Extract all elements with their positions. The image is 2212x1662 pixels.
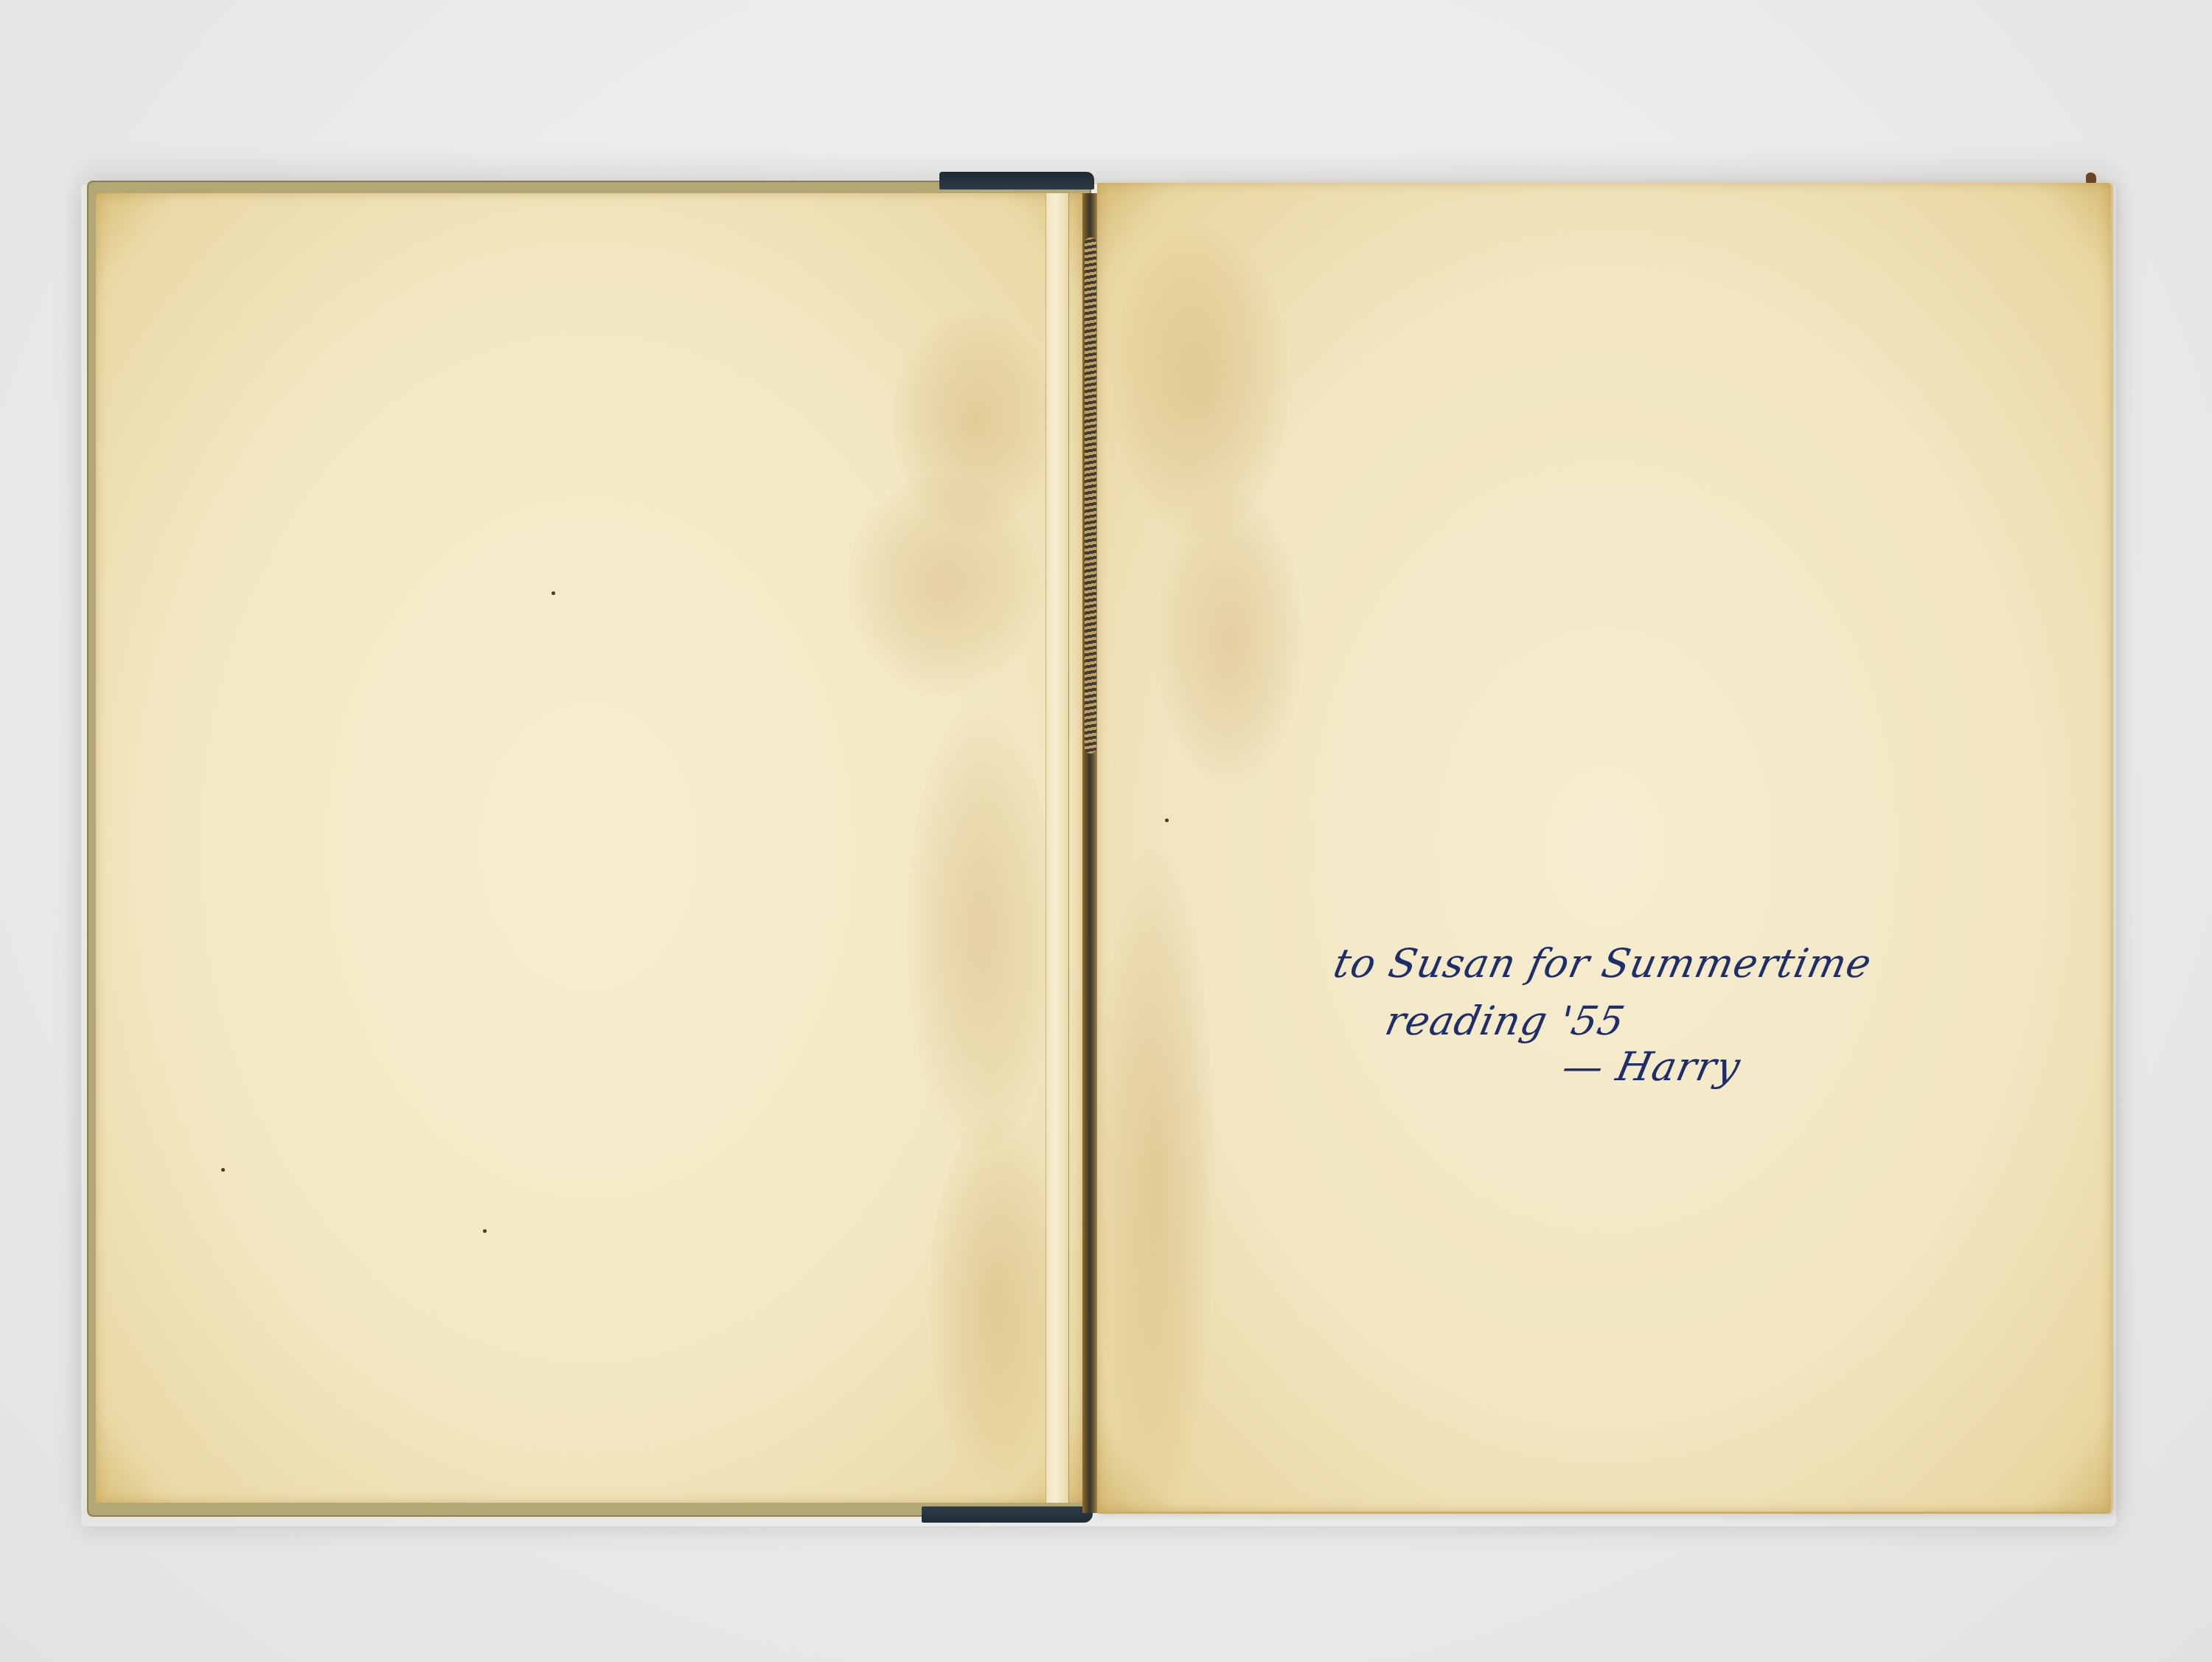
binding-mesh	[1085, 237, 1096, 754]
hinge-fold	[1046, 193, 1069, 1503]
water-stain	[1156, 493, 1304, 787]
water-stain	[929, 1115, 1062, 1484]
spine-bottom-edge	[922, 1506, 1093, 1523]
spine-top-edge	[939, 172, 1094, 190]
water-stain	[907, 709, 1054, 1152]
left-pastedown-page	[96, 193, 1082, 1503]
torn-gutter-hinge	[1082, 193, 1099, 1513]
inscription-line-3: — Harry	[1558, 1043, 1745, 1090]
right-endpaper-page	[1097, 183, 2113, 1514]
water-stain	[1097, 846, 1215, 1510]
water-stain	[848, 473, 1040, 695]
inscription-line-2: reading '55	[1381, 998, 1629, 1044]
handwritten-inscription: to Susan for Summertime reading '55 — Ha…	[1312, 940, 2013, 1102]
corner-tear	[2086, 173, 2096, 183]
water-stain	[1112, 227, 1289, 537]
book-photograph: to Susan for Summertime reading '55 — Ha…	[0, 0, 2212, 1662]
inscription-line-1: to Susan for Summertime	[1329, 940, 1876, 987]
